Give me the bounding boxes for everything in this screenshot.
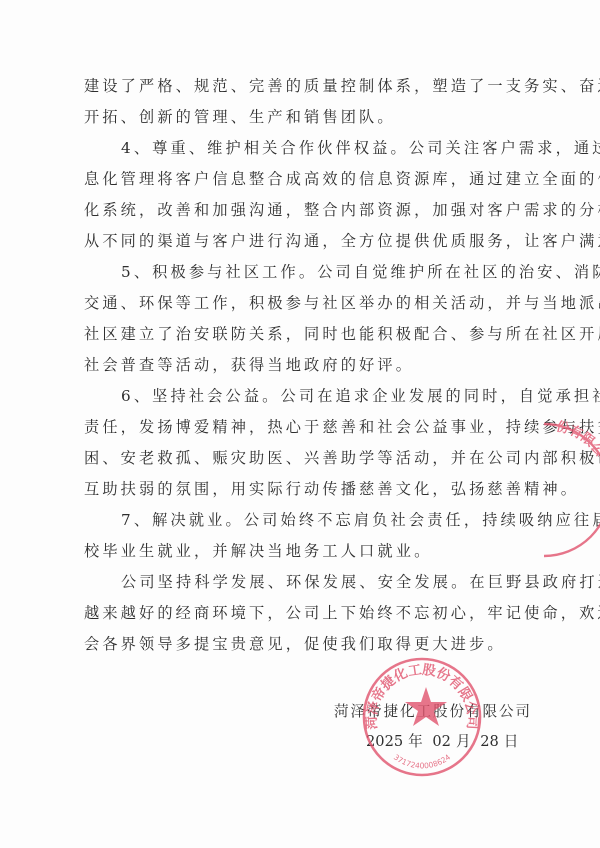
signature-date: 2025年 02月 28日 [366,727,523,757]
document-page: 建设了严格、规范、完善的质量控制体系，塑造了一支务实、奋进、 开拓、创新的管理、… [0,0,600,848]
text-line: 开拓、创新的管理、生产和销售团队。 [84,102,514,133]
text-line: 交通、环保等工作，积极参与社区举办的相关活动，并与当地派出所、 [84,288,514,319]
date-month-unit: 月 [456,733,471,750]
text-line: 责任，发扬博爱精神，热心于慈善和社会公益事业，持续参与扶贫济 [84,412,514,443]
paragraph-5-heading-line: 5、积极参与社区工作。公司自觉维护所在社区的治安、消防、 [84,257,514,288]
document-body: 建设了严格、规范、完善的质量控制体系，塑造了一支务实、奋进、 开拓、创新的管理、… [84,71,514,660]
paragraph-6-heading-line: 6、坚持社会公益。公司在追求企业发展的同时，自觉承担社会 [84,381,514,412]
text-line: 越来越好的经商环境下，公司上下始终不忘初心，牢记使命，欢迎社 [84,598,514,629]
date-month: 02 [432,733,451,750]
paragraph-7-heading-line: 7、解决就业。公司始终不忘肩负社会责任，持续吸纳应往届高 [84,505,514,536]
text-line: 建设了严格、规范、完善的质量控制体系，塑造了一支务实、奋进、 [84,71,514,102]
text-line: 息化管理将客户信息整合成高效的信息资源库，通过建立全面的信息 [84,164,514,195]
signature-company: 菏泽帝捷化工股份有限公司 [334,697,514,727]
text-line: 互助扶弱的氛围，用实际行动传播慈善文化，弘扬慈善精神。 [84,474,514,505]
date-year-unit: 年 [408,733,423,750]
text-line: 困、安老救孤、赈灾助医、兴善助学等活动，并在公司内部积极创造 [84,443,514,474]
text-line: 社会普查等活动，获得当地政府的好评。 [84,350,514,381]
date-day-unit: 日 [504,733,519,750]
paragraph-4-heading-line: 4、尊重、维护相关合作伙伴权益。公司关注客户需求，通过信 [84,133,514,164]
date-year: 2025 [366,733,403,750]
text-line: 会各界领导多提宝贵意见，促使我们取得更大进步。 [84,629,514,660]
text-line: 化系统，改善和加强沟通，整合内部资源，加强对客户需求的分析， [84,195,514,226]
date-day: 28 [480,733,499,750]
text-line: 从不同的渠道与客户进行沟通，全方位提供优质服务，让客户满意。 [84,226,514,257]
text-line: 校毕业生就业，并解决当地务工人口就业。 [84,536,514,567]
text-line: 社区建立了治安联防关系，同时也能积极配合、参与所在社区开展的 [84,319,514,350]
closing-paragraph-line: 公司坚持科学发展、环保发展、安全发展。在巨野县政府打造的 [84,567,514,598]
